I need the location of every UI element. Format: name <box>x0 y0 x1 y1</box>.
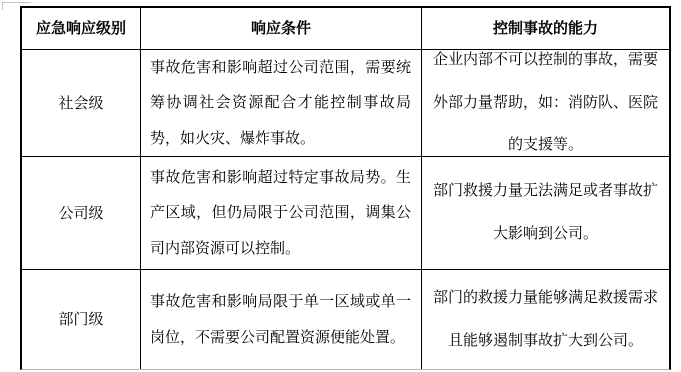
header-response-condition: 响应条件 <box>141 8 422 50</box>
row-department-level: 部门级 <box>22 270 141 369</box>
row-company-condition: 事故危害和影响超过特定事故局势。生产区域，但仍局限于公司范围，调集公司内部资源可… <box>141 157 422 270</box>
row-department-capability: 部门的救援力量能够满足救援需求且能够遏制事故扩大到公司。 <box>422 270 669 369</box>
row-society-capability: 企业内部不可以控制的事故，需要外部力量帮助，如：消防队、医院的支援等。 <box>422 50 669 157</box>
header-response-level: 应急响应级别 <box>22 8 141 50</box>
row-society-condition: 事故危害和影响超过公司范围，需要统筹协调社会资源配合才能控制事故局势，如火灾、爆… <box>141 50 422 157</box>
header-control-capability: 控制事故的能力 <box>422 8 669 50</box>
row-company-level: 公司级 <box>22 157 141 270</box>
document-page: 应急响应级别 响应条件 控制事故的能力 社会级 事故危害和影响超过公司范围，需要… <box>0 0 681 372</box>
row-society-level: 社会级 <box>22 50 141 157</box>
row-company-capability: 部门救援力量无法满足或者事故扩大影响到公司。 <box>422 157 669 270</box>
row-department-condition: 事故危害和影响局限于单一区域或单一岗位，不需要公司配置资源便能处置。 <box>141 270 422 369</box>
emergency-response-table: 应急响应级别 响应条件 控制事故的能力 社会级 事故危害和影响超过公司范围，需要… <box>20 6 671 370</box>
